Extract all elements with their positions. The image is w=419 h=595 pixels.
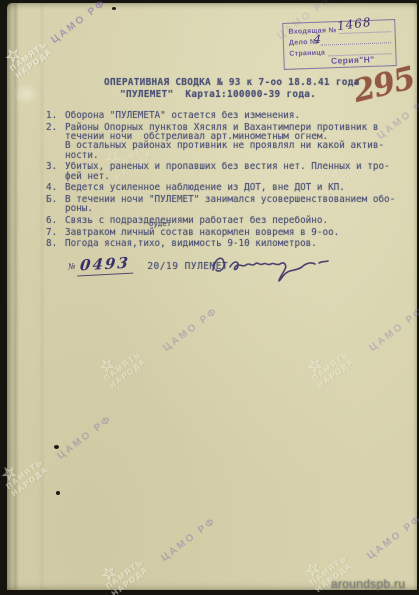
report-item: 2.Районы Опорных пунктов Хясяля и Вахант… — [46, 123, 396, 161]
item-number: 1. — [46, 111, 65, 120]
item-text: В течении ночи "ПУЛЕМЕТ" занимался усове… — [65, 195, 395, 214]
paper-scuff-mark — [13, 83, 39, 105]
report-item: 1.Оборона "ПУЛЕМЕТА" остается без измене… — [46, 111, 396, 120]
report-subtitle: "ПУЛЕМЕТ" Карта1:100000-39 года. — [120, 90, 316, 99]
item-text: Завтраком личный состав накормлен воврем… — [65, 228, 339, 237]
item-text: Оборона "ПУЛЕМЕТА" остается без изменени… — [65, 111, 300, 120]
item-number: 7. — [46, 228, 65, 237]
item-number: 6. — [46, 216, 65, 225]
item-number: Б. — [46, 195, 65, 214]
item-text: Районы Опорных пунктов Хясяля и Вахантим… — [65, 123, 384, 161]
number-sign-handwritten: № — [68, 262, 76, 272]
paper-crease — [41, 3, 43, 590]
item-number: 4. — [46, 183, 65, 192]
item-number: 2. — [46, 123, 65, 161]
item-text: Убитых, раненых и пропавших без вестия н… — [65, 162, 390, 181]
report-item: Б.В течении ночи "ПУЛЕМЕТ" занимался усо… — [46, 195, 396, 214]
report-item: 7.Завтраком личный состав накормлен вовр… — [46, 228, 396, 237]
stamp-fill-line — [321, 34, 391, 45]
report-items: 1.Оборона "ПУЛЕМЕТА" остается без измене… — [46, 111, 396, 251]
commander-signature — [203, 246, 331, 300]
stamp-page-label: Страница — [289, 48, 325, 60]
ink-speck — [54, 445, 59, 449]
ink-speck — [56, 491, 60, 495]
scanned-document-page: ЦАМО РФ☆ПАМЯТЬНАРОДАЦАМО РФЦАМО РФ☆ПАМЯТ… — [0, 0, 419, 595]
report-item: 3.Убитых, раненых и пропавших без вестия… — [46, 162, 396, 181]
case-number-handwritten: 4 — [314, 33, 321, 46]
source-site-watermark: aroundspb.ru — [331, 577, 405, 591]
typed-interline-correction: будет — [149, 219, 171, 228]
series-marking: Серия"Н" — [331, 54, 375, 66]
report-item: 6.Связь с подразделениями работает без п… — [46, 216, 396, 225]
item-number: 3. — [46, 162, 65, 181]
ink-speck — [112, 7, 116, 10]
item-text: Связь с подразделениями работает без пер… — [65, 216, 328, 225]
item-text: Ведется усиленное наблюдение из ДОТ, вне… — [65, 183, 345, 192]
outgoing-number-handwritten: 0493 — [77, 253, 134, 276]
report-title: ОПЕРАТИВНАЯ СВОДКА № 93 к 7-оо 18.8.41 г… — [104, 78, 360, 87]
item-number: 8. — [46, 239, 65, 248]
report-item: 4.Ведется усиленное наблюдение из ДОТ, в… — [46, 183, 396, 192]
